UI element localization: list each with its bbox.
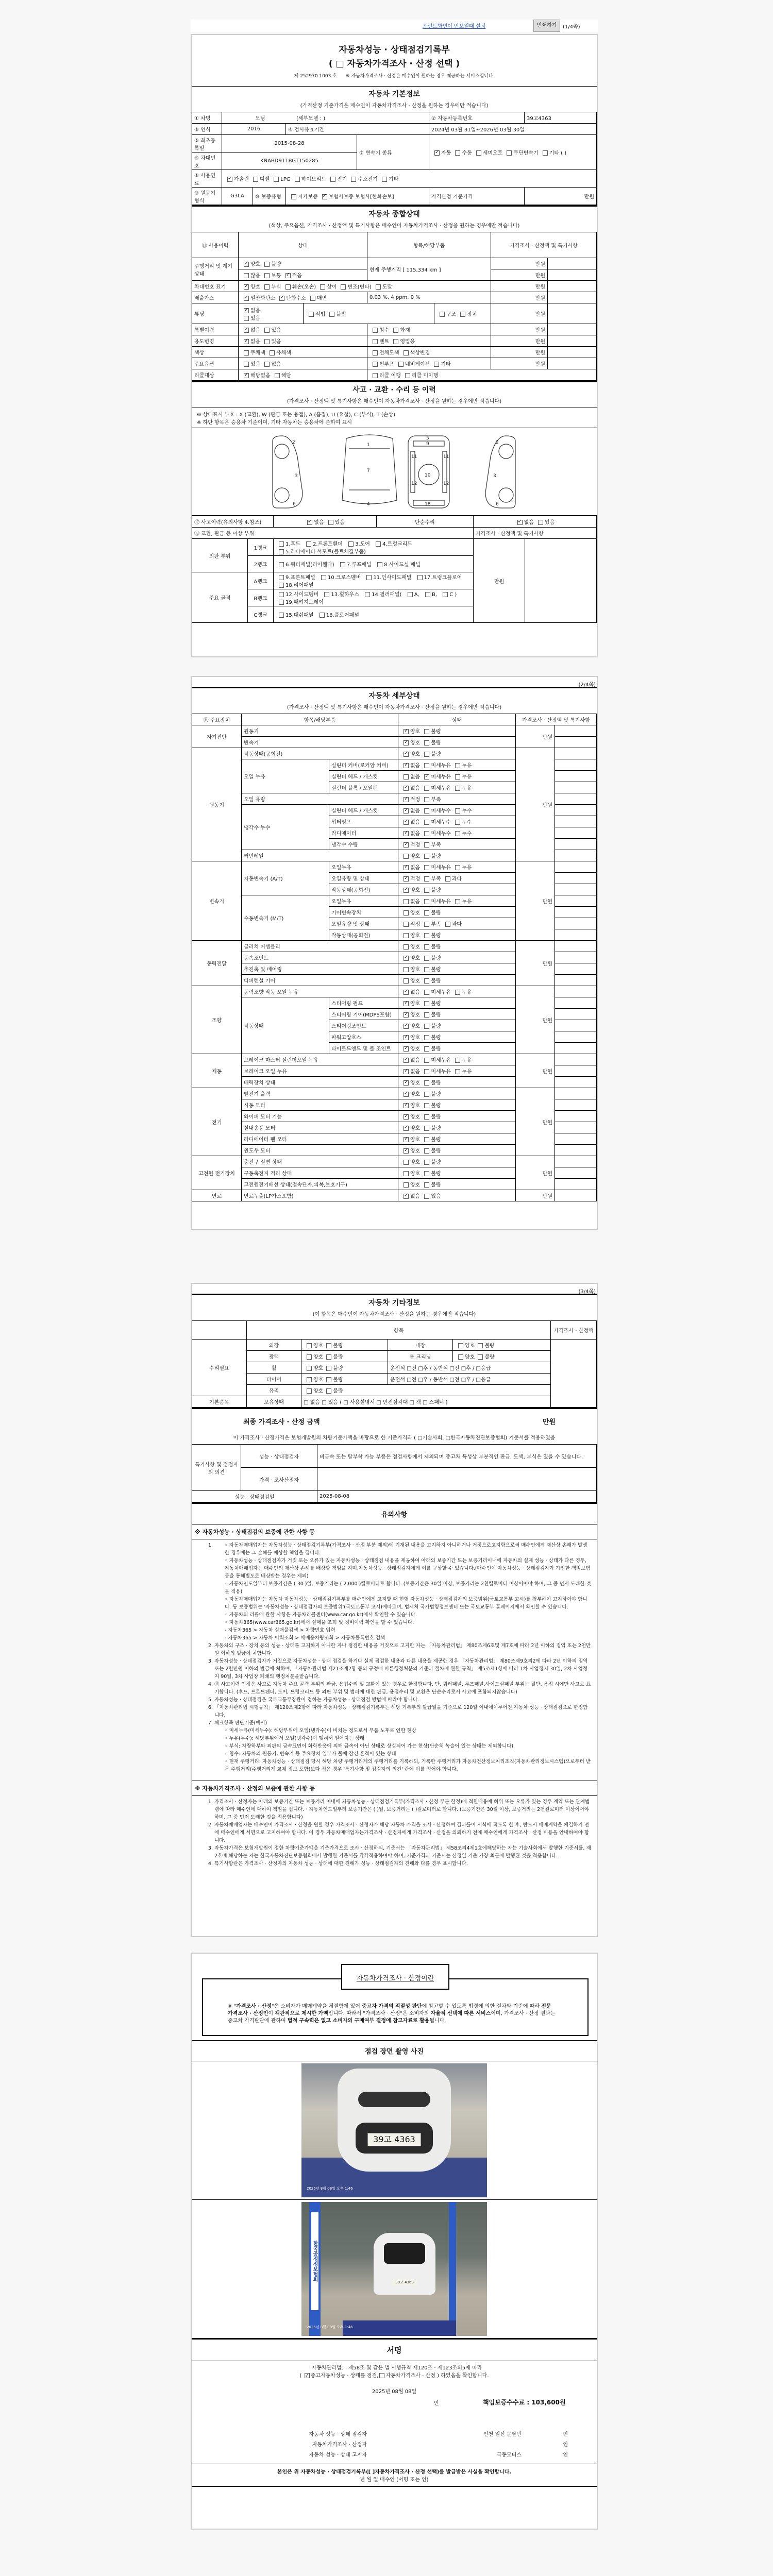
checkbox[interactable]	[455, 786, 460, 791]
label-inspect: ④ 검사유효기간	[286, 124, 429, 135]
col-price: 가격조사 · 산정액	[551, 1321, 597, 1340]
checkbox[interactable]	[244, 316, 249, 321]
checkbox[interactable]	[264, 328, 270, 333]
car-damage-diagram: 2 36 1 74 59 1018 1111 1212 236	[192, 428, 597, 516]
state-options: 양호불량	[398, 929, 516, 941]
checkbox[interactable]	[424, 910, 429, 916]
inspect-period: 2024년 03월 31일~2026년 03월 30일	[429, 124, 597, 135]
page-3: (3/4쪽) 자동차 기타정보 (이 항목은 매수인이 자동차가격조사 · 산정…	[191, 1283, 598, 1937]
checkbox[interactable]	[404, 763, 409, 768]
svg-text:9: 9	[426, 442, 429, 447]
checkbox[interactable]	[244, 284, 249, 290]
page-2: (2/4쪽) 자동차 세부상태 (가격조사 · 산정액 및 특기사항은 매수인이…	[191, 676, 598, 1230]
checkbox[interactable]	[264, 284, 270, 290]
fuel-options: 가솔린디젤LPG하이브리드전기수소전기기타	[222, 170, 597, 188]
checkbox[interactable]	[404, 944, 409, 950]
accident-table: ⑫ 사고이력(유의사항 4.참조) 없음있음 단순수리 없음있음 ⑬ 교환, 판…	[192, 516, 597, 623]
accident-sub: (가격조사 · 산정액 및 특기사항은 매수인이 자동차가격조사 · 산정을 원…	[192, 395, 597, 408]
checkbox[interactable]	[424, 1114, 429, 1120]
label-cleaning: 룸 크리닝	[388, 1351, 453, 1362]
state-options: 양호불량	[398, 907, 516, 918]
checkbox[interactable]	[424, 1148, 429, 1154]
unit: 만원	[491, 269, 548, 281]
checkbox[interactable]	[275, 373, 280, 378]
checkbox[interactable]	[373, 339, 378, 344]
checkbox[interactable]	[376, 541, 381, 547]
opinion-table: 특기사항 및 점검자의 의견 성능 · 상태점검자 비금속 또는 탈부착 가능 …	[192, 1444, 597, 1502]
checkbox[interactable]	[264, 262, 270, 267]
checkbox[interactable]	[320, 613, 325, 618]
appraiser-opinion	[317, 1468, 597, 1491]
checkbox[interactable]	[424, 1160, 429, 1165]
rank-parts: 1.후드 2.프론트휀더 3.도어 4.트렁크리드 5.라디에이터 서포트(볼트…	[274, 539, 474, 556]
checkbox[interactable]	[320, 284, 325, 290]
unit: 만원	[516, 861, 555, 941]
checkbox[interactable]	[517, 520, 523, 525]
subitem-label: 오일유량 및 상태	[329, 918, 398, 929]
checkbox[interactable]	[264, 339, 270, 344]
reg-number: 39고4363	[525, 112, 597, 124]
checkbox[interactable]	[455, 150, 460, 156]
checkbox[interactable]	[244, 350, 249, 355]
sign-title: 서명	[192, 2340, 597, 2361]
checkbox[interactable]	[424, 854, 429, 859]
checkbox[interactable]	[443, 592, 448, 597]
svg-text:18: 18	[425, 502, 431, 507]
checkbox[interactable]	[306, 541, 311, 547]
car-outline-icon: 2 36 1 74 59 1018 1111 1212 236	[192, 428, 597, 516]
checkbox[interactable]	[404, 820, 409, 825]
device-label: 고전원 전기장치	[192, 1156, 242, 1190]
checkbox[interactable]	[424, 797, 429, 802]
checkbox[interactable]	[455, 808, 460, 814]
checkbox[interactable]	[366, 575, 372, 580]
state-options: 없음미세누수누수	[398, 827, 516, 839]
checkbox[interactable]	[445, 876, 450, 882]
svg-text:10: 10	[425, 473, 431, 478]
checkbox[interactable]	[404, 1080, 409, 1086]
signer-row: 자동차 성능 · 상태 점검자인천 일신 문팔만인	[192, 2430, 597, 2440]
item-label: 변속기	[242, 737, 398, 748]
rank-parts: 9.프론트패널 10.크로스멤버 11.인사이드패널 17.트렁크플로어 18.…	[274, 572, 474, 589]
label-holding: 보유상태	[247, 1396, 301, 1408]
checkbox[interactable]	[404, 1160, 409, 1165]
checkbox[interactable]	[424, 899, 429, 904]
emission-value: 0.03 %, 4 ppm, 0 %	[367, 292, 491, 303]
overall-sub: (색상, 주요옵션, 가격조사 · 산정액 및 특기사항은 매수인이 자동차가격…	[192, 219, 597, 232]
device-label: 조향	[192, 986, 242, 1054]
checkbox[interactable]	[404, 1148, 409, 1154]
col-price: 가격조사 · 산정액 및 특기사항	[491, 232, 597, 258]
checkbox[interactable]	[424, 740, 429, 745]
buyer-line: 본인은 위 자동차성능 · 상태점검기록부([ ]자동차가격조사 · 산정 선택…	[192, 2467, 597, 2475]
checkbox[interactable]	[424, 1092, 429, 1097]
checkbox[interactable]	[328, 520, 333, 525]
checkbox[interactable]	[244, 362, 249, 367]
unit: 만원	[516, 1088, 555, 1156]
checkbox[interactable]	[404, 808, 409, 814]
appraisal-checkbox[interactable]	[379, 2373, 384, 2378]
label-name: ① 차명	[192, 112, 222, 124]
checkbox[interactable]	[404, 1137, 409, 1142]
checkbox[interactable]	[227, 177, 232, 182]
checkbox[interactable]	[404, 967, 409, 972]
checkbox[interactable]	[404, 922, 409, 927]
label-reg: ② 자동차등록번호	[429, 112, 525, 124]
checkbox[interactable]	[373, 350, 378, 355]
checkbox[interactable]	[244, 328, 249, 333]
unit: 만원	[491, 358, 548, 369]
checkbox[interactable]	[348, 541, 354, 547]
subitem-label: 작동상태(공회전)	[329, 929, 398, 941]
item-label: 연료누출(LP가스포함)	[242, 1190, 398, 1201]
rank-parts: 15.대쉬패널 16.플로어패널	[274, 606, 474, 623]
checkbox[interactable]	[424, 842, 429, 848]
state-options: 양호불량	[398, 1020, 516, 1031]
checkbox[interactable]	[351, 177, 356, 182]
checkbox[interactable]	[424, 1035, 429, 1040]
checkbox[interactable]	[404, 1126, 409, 1131]
checkbox[interactable]	[424, 1080, 429, 1086]
checkbox[interactable]	[404, 1024, 409, 1029]
checkbox[interactable]	[404, 865, 409, 870]
col-item: 항목/해당부품	[242, 714, 398, 725]
checkbox[interactable]	[244, 373, 249, 378]
svg-text:6: 6	[496, 502, 499, 507]
label-wheel: 휠	[247, 1362, 301, 1374]
legend-symbols: ※ 상태표시 부호 : X (교환), W (판금 또는 용접), A (흠집)…	[197, 410, 592, 418]
row-tuning: 튜닝	[192, 303, 239, 324]
label-interior: 내장	[388, 1340, 453, 1351]
checkbox[interactable]	[253, 177, 258, 182]
detail-sub: (가격조사 · 산정액 및 특기사항은 매수인이 자동차가격조사 · 산정을 원…	[192, 701, 597, 714]
checkbox[interactable]	[309, 312, 314, 317]
checkbox[interactable]	[404, 854, 409, 859]
device-label: 원동기	[192, 748, 242, 861]
svg-text:5: 5	[426, 436, 429, 441]
label-accident-history: ⑫ 사고이력(유의사항 4.참조)	[192, 516, 274, 528]
checkbox[interactable]	[404, 1114, 409, 1120]
subitem-label: 냉각수 수량	[329, 839, 398, 850]
checkbox[interactable]	[424, 956, 429, 961]
checkbox[interactable]	[455, 1058, 460, 1063]
install-link[interactable]: 프린트화면이 안보일때 설치	[423, 22, 485, 29]
checkbox[interactable]	[404, 1035, 409, 1040]
checkbox[interactable]	[404, 350, 409, 355]
checkbox[interactable]	[244, 273, 249, 278]
checkbox[interactable]	[424, 922, 429, 927]
checkbox[interactable]	[424, 1012, 429, 1018]
checkbox[interactable]	[404, 1046, 409, 1052]
state-options: 없음미세누유누유	[398, 782, 516, 793]
checkbox[interactable]	[445, 922, 450, 927]
device-label: 전기	[192, 1088, 242, 1156]
checkbox[interactable]	[279, 562, 284, 567]
notes-section-2: ※ 자동차가격조사 · 산정의 보증에 관한 사항 등	[192, 1781, 597, 1796]
rank-label: B랭크	[248, 589, 274, 606]
checkbox[interactable]	[424, 1182, 429, 1188]
svg-text:3: 3	[493, 473, 496, 479]
checkbox[interactable]	[340, 562, 345, 567]
sign-date: 2025년 08월 08일	[192, 2388, 597, 2396]
checkbox[interactable]	[455, 865, 460, 870]
checkbox[interactable]	[404, 752, 409, 757]
checkbox[interactable]	[424, 876, 429, 882]
subitem-label: 라디에이터	[329, 827, 398, 839]
checkbox[interactable]	[279, 575, 284, 580]
checkbox[interactable]	[404, 797, 409, 802]
item-label: 구동축전지 격리 상태	[242, 1167, 398, 1179]
checkbox[interactable]	[424, 752, 429, 757]
item-label: 윈도우 모터	[242, 1145, 398, 1156]
print-button[interactable]: 인쇄하기	[533, 20, 560, 32]
other-sub: (이 항목은 매수인이 자동차가격조사 · 산정을 원하는 경우에만 적습니다)	[192, 1308, 597, 1320]
print-toolbar: 프린트화면이 안보일때 설치 인쇄하기 (1/4쪽)	[191, 20, 598, 32]
checkbox[interactable]	[404, 1058, 409, 1063]
note-item: ⑫ 사고이력 인정은 사고로 자동차 주요 골격 부위의 판금, 용접수리 및 …	[214, 1681, 592, 1696]
checkbox[interactable]	[365, 592, 370, 597]
checkbox[interactable]	[424, 990, 429, 995]
checkbox[interactable]	[404, 1194, 409, 1199]
checkbox[interactable]	[424, 1194, 429, 1199]
state-options: 없음미세누유누유	[398, 759, 516, 771]
note-item: 자동차매매업자는 매수인이 가격조사 · 산정을 원할 경우 가격조사 · 산정…	[214, 1821, 592, 1844]
checkbox[interactable]	[393, 339, 398, 344]
checkbox[interactable]	[264, 362, 270, 367]
checkbox[interactable]	[341, 284, 346, 290]
state-options: 양호불량	[398, 725, 516, 737]
checkbox[interactable]	[476, 150, 481, 156]
subitem-label: 실린더 헤드 / 개스킷	[329, 771, 398, 782]
checkbox[interactable]	[329, 312, 334, 317]
checkbox[interactable]	[424, 1126, 429, 1131]
final-price-unit: 만원	[543, 1416, 556, 1426]
item-label: 원동기	[242, 725, 398, 737]
state-options: 없음미세누유누유	[398, 895, 516, 907]
checkbox[interactable]	[404, 933, 409, 938]
checkbox[interactable]	[274, 177, 279, 182]
checkbox[interactable]	[424, 865, 429, 870]
checkbox[interactable]	[404, 1182, 409, 1188]
note-item: 자동차의 구조 · 장치 등의 성능 · 상태를 고지하지 아니한 자나 점검한…	[214, 1642, 592, 1657]
checkbox[interactable]	[321, 575, 326, 580]
state-options: 없음미세누유누유	[398, 1065, 516, 1077]
checkbox[interactable]	[455, 1069, 460, 1074]
checkbox[interactable]	[404, 786, 409, 791]
checkbox[interactable]	[538, 520, 543, 525]
checkbox[interactable]	[330, 177, 335, 182]
page-4: 자동차가격조사 · 산정이란 ※ "가격조사 · 산정"은 소비자가 매매계약을…	[191, 1953, 598, 2530]
signer-row: 자동차가격조사 · 산정자인	[192, 2440, 597, 2450]
checkbox[interactable]	[424, 808, 429, 814]
checkbox[interactable]	[424, 729, 429, 734]
unit: 만원	[516, 1190, 555, 1201]
checkbox[interactable]	[279, 592, 284, 597]
checkbox[interactable]	[295, 177, 300, 182]
rank-label: 2랭크	[248, 556, 274, 572]
checkbox[interactable]	[404, 1171, 409, 1176]
checkbox[interactable]	[373, 362, 378, 367]
other-table: 항목 가격조사 · 산정액 수리필요 외장 양호불량 내장 양호불량 광택 양호…	[192, 1320, 597, 1408]
vin-value: KNABD911BGT150285	[222, 152, 357, 170]
checkbox[interactable]	[279, 600, 284, 605]
checkbox[interactable]	[404, 899, 409, 904]
checkbox[interactable]	[440, 312, 445, 317]
svg-text:11: 11	[443, 454, 449, 460]
checkbox[interactable]	[404, 990, 409, 995]
row-options: 주요옵션	[192, 358, 239, 369]
checkbox[interactable]	[404, 1103, 409, 1108]
checkbox[interactable]	[455, 899, 460, 904]
checkbox[interactable]	[404, 978, 409, 984]
checkbox[interactable]	[424, 967, 429, 972]
device-label: 동력전달	[192, 941, 242, 986]
item-label: 추진축 및 베어링	[242, 963, 398, 975]
checkbox[interactable]	[285, 284, 291, 290]
checkbox[interactable]	[434, 362, 439, 367]
checkbox[interactable]	[424, 933, 429, 938]
checkbox[interactable]	[404, 956, 409, 961]
state-options: 양호불량	[398, 884, 516, 895]
checkbox[interactable]	[424, 763, 429, 768]
checkbox[interactable]	[264, 273, 270, 278]
note-item: 특기사항란은 가격조사 · 산정자의 자동차 성능 · 상태에 대한 견해가 성…	[214, 1860, 592, 1868]
inspector-opinion: 비금속 또는 탈부착 가능 부품은 점검사항에서 제외되며 중고차 특성상 부분…	[317, 1445, 597, 1468]
item-label: 등속조인트	[242, 952, 398, 963]
checkbox[interactable]	[425, 592, 430, 597]
subitem-label: 타이로드엔드 및 볼 조인트	[329, 1043, 398, 1054]
checkbox[interactable]	[424, 1024, 429, 1029]
checkbox[interactable]	[455, 820, 460, 825]
checkbox[interactable]	[404, 729, 409, 734]
checkbox[interactable]	[424, 820, 429, 825]
checkbox[interactable]	[285, 273, 291, 278]
checkbox[interactable]	[377, 562, 382, 567]
checkbox[interactable]	[405, 373, 410, 378]
device-label: 연료	[192, 1190, 242, 1201]
checkbox[interactable]	[404, 1069, 409, 1074]
checkbox[interactable]	[408, 592, 413, 597]
row-basic-items: 기본품목	[192, 1396, 247, 1408]
checkbox[interactable]	[279, 583, 284, 588]
checkbox[interactable]	[434, 150, 440, 156]
page-1: 자동차성능 · 상태점검기록부 ( □ 자동차가격조사 · 산정 선택 ) 제 …	[191, 34, 598, 657]
checkbox[interactable]	[543, 150, 548, 156]
checkbox[interactable]	[244, 339, 249, 344]
checkbox[interactable]	[322, 194, 327, 199]
state-options: 없음미세누유누유	[398, 1054, 516, 1065]
item-label: 와이퍼 모터 기능	[242, 1111, 398, 1122]
checkbox[interactable]	[424, 831, 429, 836]
checkbox[interactable]	[404, 831, 409, 836]
rank-label: A랭크	[248, 572, 274, 589]
checkbox[interactable]	[393, 328, 398, 333]
checkbox[interactable]	[279, 541, 284, 547]
state-options: 양호불량	[398, 1111, 516, 1122]
checkbox[interactable]	[460, 312, 465, 317]
photos-title: 점검 장면 촬영 사진	[192, 2040, 597, 2061]
checkbox[interactable]	[424, 888, 429, 893]
row-emission: 배출가스	[192, 292, 239, 303]
explain-body: ※ "가격조사 · 산정"은 소비자가 매매계약을 체결함에 있어 중고차 가격…	[228, 2003, 558, 2025]
checkbox[interactable]	[244, 262, 249, 267]
checkbox[interactable]	[373, 328, 378, 333]
checkbox[interactable]	[424, 1103, 429, 1108]
checkbox[interactable]	[455, 831, 460, 836]
checkbox[interactable]	[244, 308, 249, 313]
subitem-label: 파워고압호스	[329, 1031, 398, 1043]
state-options: 양호불량	[398, 1088, 516, 1099]
checkbox[interactable]	[324, 592, 329, 597]
checkbox[interactable]	[404, 910, 409, 916]
item-label: 오일 유량	[242, 793, 398, 805]
checkbox[interactable]	[398, 362, 404, 367]
checkbox[interactable]	[424, 786, 429, 791]
basic-title: 자동차 기본정보	[192, 87, 597, 99]
checkbox[interactable]	[376, 284, 381, 290]
label-opinion: 특기사항 및 점검자의 의견	[192, 1445, 241, 1491]
checkbox[interactable]	[279, 549, 284, 554]
checkbox[interactable]	[291, 194, 296, 199]
svg-text:12: 12	[411, 481, 417, 486]
item-label: 커먼레일	[242, 850, 398, 861]
tire-position: 운전석 □전 □후 / 동반석 □전 □후 / □응급	[388, 1374, 551, 1385]
checkbox[interactable]	[279, 613, 284, 618]
checkbox[interactable]	[404, 842, 409, 848]
legend-note: ※ 하단 항목은 승용차 기준이며, 기타 자동차는 승용차에 준하여 표시	[197, 418, 592, 426]
checkbox[interactable]	[270, 350, 275, 355]
checkbox[interactable]	[382, 177, 387, 182]
item-label: 냉각수 누수	[242, 805, 329, 850]
unit: 만원	[491, 258, 548, 269]
explain-title: 자동차가격조사 · 산정이란	[341, 1964, 449, 1990]
checkbox[interactable]	[404, 740, 409, 745]
checkbox[interactable]	[424, 1171, 429, 1176]
inspection-checkbox[interactable]	[305, 2373, 310, 2378]
checkbox[interactable]	[424, 1069, 429, 1074]
checkbox[interactable]	[404, 1092, 409, 1097]
checkbox[interactable]	[424, 1058, 429, 1063]
state-options: 양호불량	[398, 997, 516, 1009]
checkbox[interactable]	[455, 990, 460, 995]
checkbox[interactable]	[455, 774, 460, 779]
col-state: 상태	[398, 714, 516, 725]
checkbox[interactable]	[507, 150, 512, 156]
checkbox[interactable]	[417, 575, 423, 580]
checkbox[interactable]	[310, 296, 315, 301]
checkbox[interactable]	[373, 373, 378, 378]
checkbox[interactable]	[424, 774, 429, 779]
checkbox[interactable]	[404, 1012, 409, 1018]
checkbox[interactable]	[307, 520, 312, 525]
checkbox[interactable]	[279, 296, 284, 301]
checkbox[interactable]	[404, 888, 409, 893]
checkbox[interactable]	[424, 978, 429, 984]
checkbox[interactable]	[424, 1001, 429, 1006]
checkbox[interactable]	[424, 1046, 429, 1052]
checkbox[interactable]	[424, 1137, 429, 1142]
checkbox[interactable]	[455, 763, 460, 768]
checkbox[interactable]	[424, 944, 429, 950]
basic-sub: (가격산정 기준가격은 매수인이 자동차가격조사 · 산정을 원하는 경우에만 …	[192, 99, 597, 112]
checkbox[interactable]	[404, 774, 409, 779]
label-inspect-date: 성능 · 상태점검일	[192, 1491, 317, 1502]
checkbox[interactable]	[244, 296, 249, 301]
label-warranty: ⑩ 보증유형	[253, 188, 286, 205]
checkbox[interactable]	[404, 876, 409, 882]
label-year: ③ 연식	[192, 124, 222, 135]
checkbox[interactable]	[404, 1001, 409, 1006]
